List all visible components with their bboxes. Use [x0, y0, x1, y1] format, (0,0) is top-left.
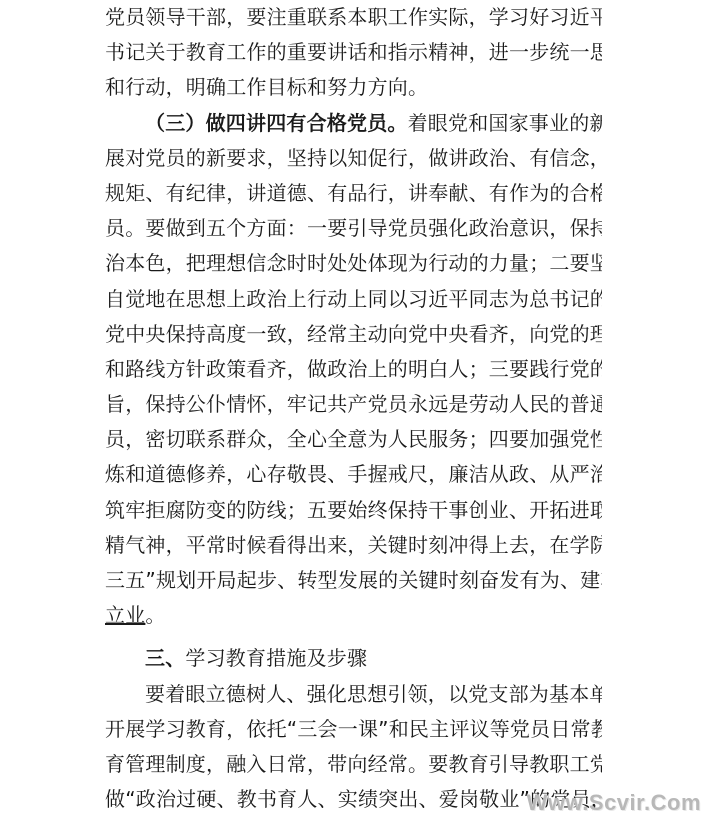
heading-text: 学习教育措施及步骤: [185, 646, 367, 670]
text-line: 规矩、有纪律，讲道德、有品行，讲奉献、有作为的合格党: [105, 176, 602, 211]
text-line: 党员领导干部，要注重联系本职工作实际，学习好习近平总: [105, 0, 602, 35]
text-line: 展对党员的新要求，坚持以知促行，做讲政治、有信念，讲: [105, 141, 602, 176]
text-line: 和路线方针政策看齐，做政治上的明白人；三要践行党的宗: [105, 352, 602, 387]
subsection-heading: （三）做四讲四有合格党员。: [145, 111, 408, 135]
text-line: 三五”规划开局起步、转型发展的关键时刻奋发有为、建功: [105, 563, 602, 598]
text-line: （三）做四讲四有合格党员。着眼党和国家事业的新发: [105, 106, 602, 141]
heading-number: 三、: [145, 646, 185, 670]
text-line: 炼和道德修养，心存敬畏、手握戒尺，廉洁从政、从严治家，: [105, 457, 602, 492]
text-line: 治本色，把理想信念时时处处体现为行动的力量；二要坚定: [105, 246, 602, 281]
text-line: 员，密切联系群众，全心全意为人民服务；四要加强党性锻: [105, 422, 602, 457]
text-line: 育管理制度，融入日常，带向经常。要教育引导教职工党员: [105, 747, 602, 782]
document-page: 党员领导干部，要注重联系本职工作实际，学习好习近平总 书记关于教育工作的重要讲话…: [105, 0, 602, 817]
text-line: 旨，保持公仆情怀，牢记共产党员永远是劳动人民的普通一: [105, 387, 602, 422]
text-line: 员。要做到五个方面：一要引导党员强化政治意识，保持政: [105, 211, 602, 246]
section-heading: 三、学习教育措施及步骤: [105, 641, 602, 676]
text-run: 。: [145, 603, 165, 627]
underlined-text: 立业: [105, 603, 145, 627]
text-line: 书记关于教育工作的重要讲话和指示精神，进一步统一思想: [105, 35, 602, 70]
section-3-paragraph: （三）做四讲四有合格党员。着眼党和国家事业的新发 展对党员的新要求，坚持以知促行…: [105, 106, 602, 634]
spacer: [105, 633, 602, 641]
text-line: 筑牢拒腐防变的防线；五要始终保持干事创业、开拓进取的: [105, 493, 602, 528]
text-line: 精气神，平常时候看得出来，关键时刻冲得上去，在学院“十: [105, 528, 602, 563]
paragraph-continuation: 党员领导干部，要注重联系本职工作实际，学习好习近平总 书记关于教育工作的重要讲话…: [105, 0, 602, 106]
text-line: 自觉地在思想上政治上行动上同以习近平同志为总书记的: [105, 282, 602, 317]
text-line: 开展学习教育，依托“三会一课”和民主评议等党员日常教: [105, 712, 602, 747]
text-line: 立业。: [105, 598, 602, 633]
text-line: 要着眼立德树人、强化思想引领，以党支部为基本单位: [105, 677, 602, 712]
text-run: 着眼党和国家事业的新发: [408, 111, 602, 135]
site-watermark: Www.Scvir.Com: [527, 790, 701, 816]
text-line: 党中央保持高度一致，经常主动向党中央看齐，向党的理论: [105, 317, 602, 352]
text-line: 和行动，明确工作目标和努力方向。: [105, 70, 602, 105]
